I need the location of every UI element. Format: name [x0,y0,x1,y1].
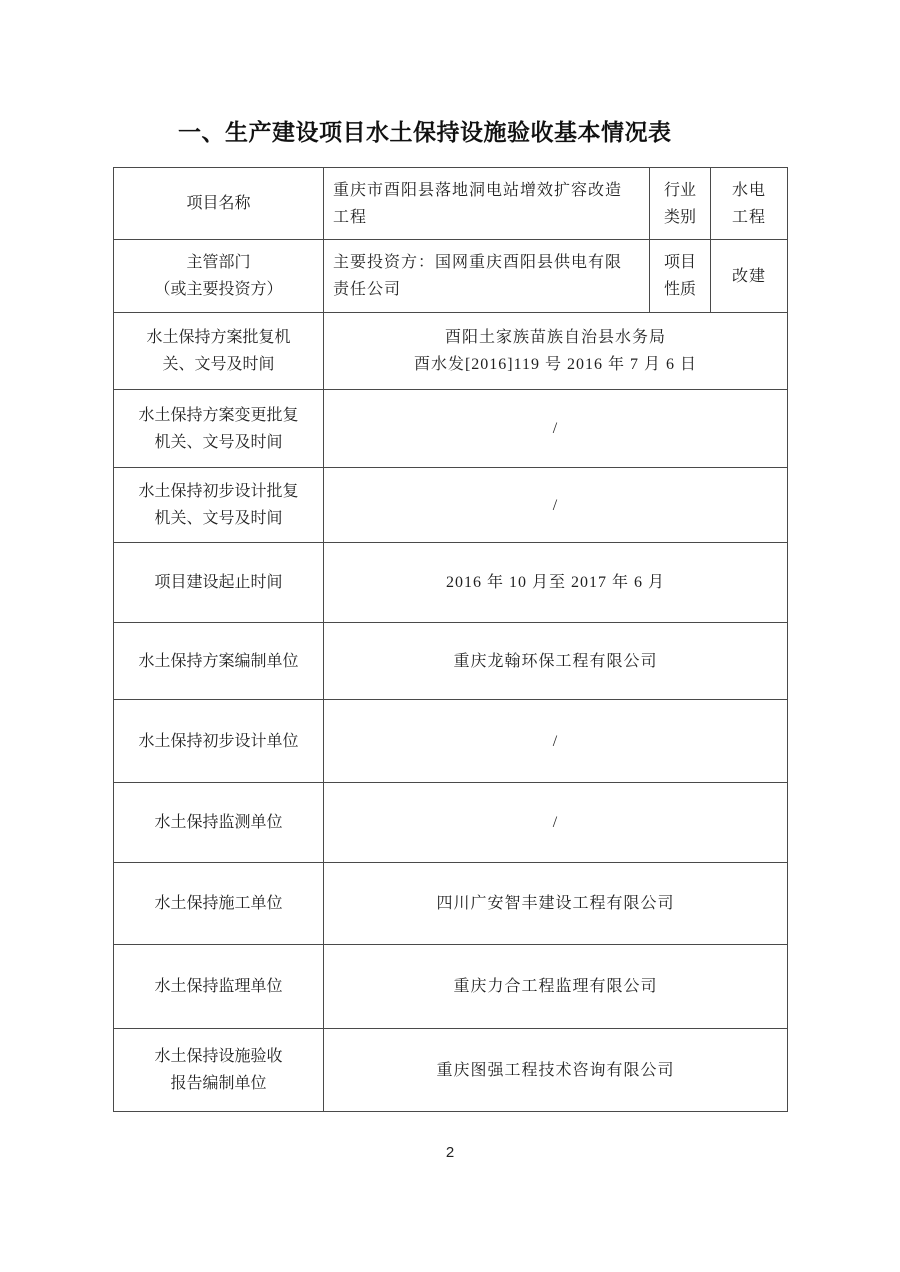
field-value-preliminary-design-unit: / [324,700,788,783]
field-value-supervision-unit: 重庆力合工程监理有限公司 [324,945,788,1029]
field-value-plan-change-approval: / [324,390,788,468]
field-label-preliminary-design-unit: 水土保持初步设计单位 [114,700,324,783]
basic-info-table: 项目名称 重庆市酉阳县落地洞电站增效扩容改造 工程 行业 类别 水电 工程 主管… [113,167,788,1112]
page-number: 2 [0,1144,900,1161]
field-label-plan-change-approval: 水土保持方案变更批复 机关、文号及时间 [114,390,324,468]
field-value-monitoring-unit: / [324,783,788,863]
table-row-plan-compilation-unit: 水土保持方案编制单位 重庆龙翰环保工程有限公司 [114,623,788,700]
field-label-acceptance-report-unit: 水土保持设施验收 报告编制单位 [114,1029,324,1112]
field-label-supervision-unit: 水土保持监理单位 [114,945,324,1029]
field-value-plan-approval: 酉阳土家族苗族自治县水务局 酉水发[2016]119 号 2016 年 7 月 … [324,313,788,390]
table-row-monitoring-unit: 水土保持监测单位 / [114,783,788,863]
table-row-acceptance-report-unit: 水土保持设施验收 报告编制单位 重庆图强工程技术咨询有限公司 [114,1029,788,1112]
field-value-project-name: 重庆市酉阳县落地洞电站增效扩容改造 工程 [324,168,650,240]
field-label-construction-unit: 水土保持施工单位 [114,863,324,945]
table-row-plan-change-approval: 水土保持方案变更批复 机关、文号及时间 / [114,390,788,468]
field-label-monitoring-unit: 水土保持监测单位 [114,783,324,863]
field-value-industry-category: 水电 工程 [711,168,788,240]
field-value-plan-compilation-unit: 重庆龙翰环保工程有限公司 [324,623,788,700]
field-label-preliminary-design-approval: 水土保持初步设计批复 机关、文号及时间 [114,468,324,543]
field-label-plan-compilation-unit: 水土保持方案编制单位 [114,623,324,700]
field-value-preliminary-design-approval: / [324,468,788,543]
field-label-project-name: 项目名称 [114,168,324,240]
table-row-supervision-unit: 水土保持监理单位 重庆力合工程监理有限公司 [114,945,788,1029]
field-value-construction-period: 2016 年 10 月至 2017 年 6 月 [324,543,788,623]
field-label-industry-category: 行业 类别 [650,168,711,240]
field-label-construction-period: 项目建设起止时间 [114,543,324,623]
table-row-construction-unit: 水土保持施工单位 四川广安智丰建设工程有限公司 [114,863,788,945]
table-row-plan-approval: 水土保持方案批复机 关、文号及时间 酉阳土家族苗族自治县水务局 酉水发[2016… [114,313,788,390]
table-row-project-name: 项目名称 重庆市酉阳县落地洞电站增效扩容改造 工程 行业 类别 水电 工程 [114,168,788,240]
table-row-preliminary-design-unit: 水土保持初步设计单位 / [114,700,788,783]
table-row-construction-period: 项目建设起止时间 2016 年 10 月至 2017 年 6 月 [114,543,788,623]
page-title: 一、生产建设项目水土保持设施验收基本情况表 [178,114,722,147]
table-row-competent-department: 主管部门 （或主要投资方） 主要投资方：国网重庆酉阳县供电有限 责任公司 项目 … [114,240,788,313]
field-value-construction-unit: 四川广安智丰建设工程有限公司 [324,863,788,945]
field-label-project-nature: 项目 性质 [650,240,711,313]
table-row-preliminary-design-approval: 水土保持初步设计批复 机关、文号及时间 / [114,468,788,543]
field-label-plan-approval: 水土保持方案批复机 关、文号及时间 [114,313,324,390]
field-value-project-nature: 改建 [711,240,788,313]
field-value-acceptance-report-unit: 重庆图强工程技术咨询有限公司 [324,1029,788,1112]
field-value-main-investor: 主要投资方：国网重庆酉阳县供电有限 责任公司 [324,240,650,313]
field-label-competent-department: 主管部门 （或主要投资方） [114,240,324,313]
